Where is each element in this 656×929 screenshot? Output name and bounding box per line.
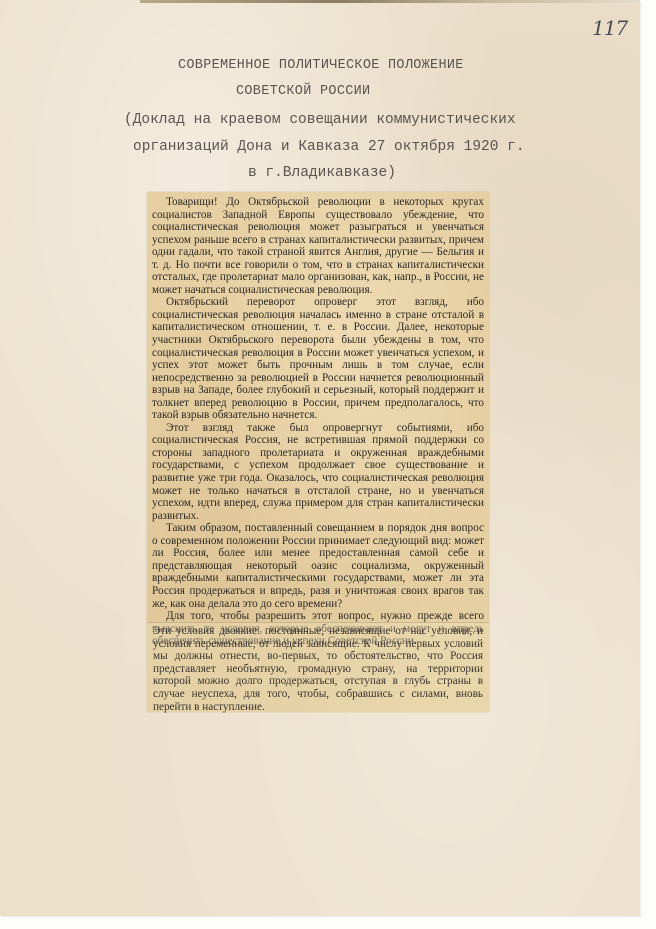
title-line-1: СОВРЕМЕННОЕ ПОЛИТИЧЕСКОЕ ПОЛОЖЕНИЕ: [178, 58, 648, 73]
archival-page: 117 СОВРЕМЕННОЕ ПОЛИТИЧЕСКОЕ ПОЛОЖЕНИЕ С…: [0, 0, 640, 916]
scan-edge: [140, 0, 640, 3]
paragraph-6: Эти условия двоякие: постоянные, независ…: [153, 625, 483, 713]
paragraph-3: Этот взгляд также был опровергнут событи…: [152, 422, 484, 522]
subtitle-line-3: в г.Владикавказе): [248, 165, 656, 181]
paragraph-2: Октябрьский переворот опроверг этот взгл…: [152, 296, 484, 421]
subtitle-line-2: организаций Дона и Кавказа 27 октября 19…: [133, 139, 603, 155]
paragraph-4: Таким образом, поставленный совещанием в…: [152, 522, 484, 610]
clipping-tail: Эти условия двоякие: постоянные, независ…: [153, 625, 483, 713]
handwritten-page-number: 117: [592, 16, 627, 40]
newspaper-clipping: Товарищи! До Октябрьской революции в нек…: [147, 192, 489, 712]
subtitle-line-1: (Доклад на краевом совещании коммунистич…: [124, 112, 594, 128]
title-line-2: СОВЕТСКОЙ РОССИИ: [236, 84, 656, 99]
clipping-body: Товарищи! До Октябрьской революции в нек…: [152, 196, 484, 648]
paragraph-1: Товарищи! До Октябрьской революции в нек…: [152, 196, 484, 296]
